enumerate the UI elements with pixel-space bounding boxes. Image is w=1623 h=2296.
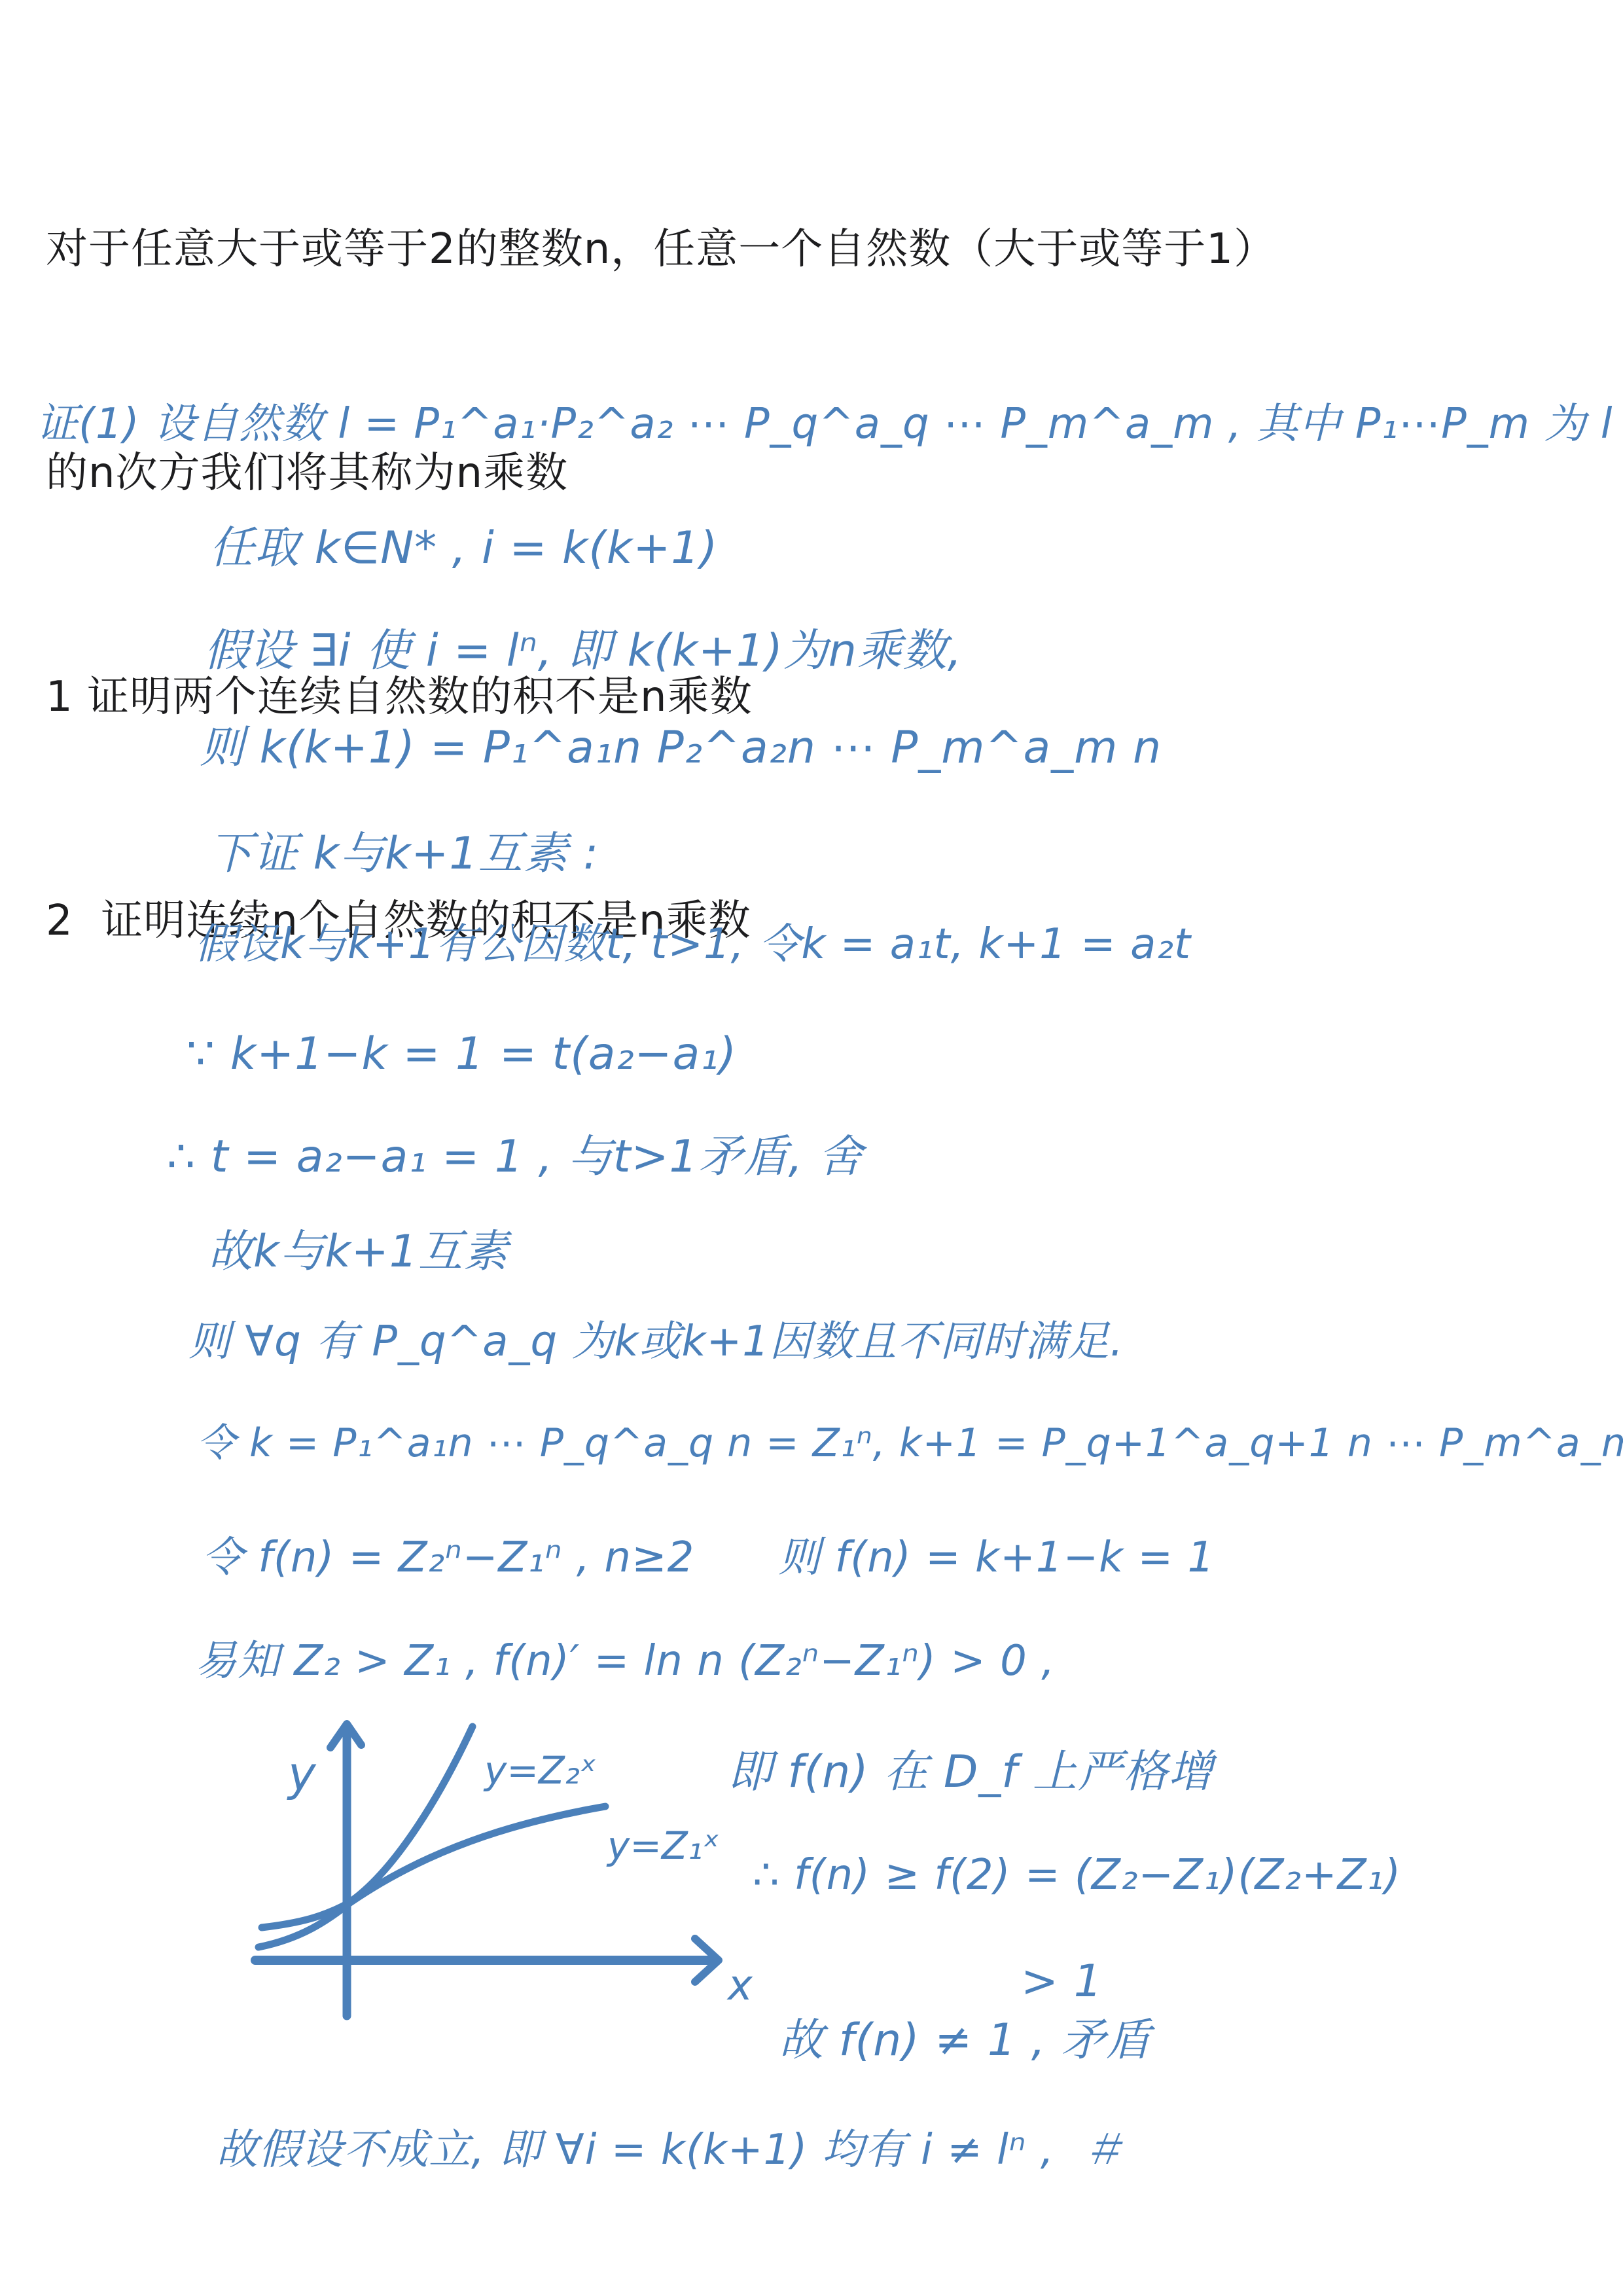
proof-line-common-factor: 假设k与k+1有公因数t, t>1, 令k = a₁t, k+1 = a₂t (195, 918, 1191, 971)
x-axis-label: x (726, 1962, 753, 2010)
proof-line-therefore-t: ∴ t = a₂−a₁ = 1 , 与t>1矛盾, 舍 (167, 1129, 863, 1185)
proof-line-take-k: 任取 k∈N* , i = k(k+1) (209, 520, 718, 576)
proof-line-coprime-done: 故k与k+1互素 (208, 1224, 508, 1280)
proof-line-define-f: 令 f(n) = Z₂ⁿ−Z₁ⁿ , n≥2 则 f(n) = k+1−k = … (202, 1532, 1215, 1584)
annotation-monotonic: 即 f(n) 在 D_f 上严格增 (728, 1744, 1213, 1800)
proof-line-coprime-claim: 下证 k与k+1互素 : (208, 826, 599, 882)
statement-line-1: 对于任意大于或等于2的整数n，任意一个自然数（大于或等于1） (46, 212, 1276, 287)
sketch-canvas: y x y=Z₂ˣ y=Z₁ˣ (196, 1702, 759, 2029)
proof-line-derivative: 易知 Z₂ > Z₁ , f(n)′ = ln n (Z₂ⁿ−Z₁ⁿ) > 0 … (195, 1635, 1056, 1687)
annotation-ge-f2: ∴ f(n) ≥ f(2) = (Z₂−Z₁)(Z₂+Z₁) (753, 1849, 1401, 1901)
proof-line-define-z: 令 k = P₁^a₁n ⋯ P_q^a_q n = Z₁ⁿ, k+1 = P_… (196, 1419, 1623, 1468)
proof-line-factorization: 则 k(k+1) = P₁^a₁n P₂^a₂n ⋯ P_m^a_m n (200, 720, 1162, 776)
annotation-contradiction: 故 f(n) ≠ 1 , 矛盾 (779, 2013, 1151, 2068)
proof-line-setup: 证(1) 设自然数 l = P₁^a₁·P₂^a₂ ⋯ P_q^a_q ⋯ P_… (36, 398, 1623, 450)
proof-conclusion: 故假设不成立, 即 ∀i = k(k+1) 均有 i ≠ lⁿ , ＃ (216, 2124, 1125, 2176)
curve-z1-label: y=Z₁ˣ (606, 1823, 720, 1868)
proof-line-assume-power: 假设 ∃i 使 i = lⁿ, 即 k(k+1)为n乘数, (204, 623, 962, 679)
proof-line-because: ∵ k+1−k = 1 = t(a₂−a₁) (187, 1026, 737, 1082)
exponential-curves-sketch: y x y=Z₂ˣ y=Z₁ˣ (196, 1702, 759, 2032)
curve-z1 (259, 1806, 605, 1947)
annotation-gt-one: > 1 (1021, 1954, 1103, 2009)
curve-z2-label: y=Z₂ˣ (483, 1748, 597, 1793)
handwritten-math-proof-page: 对于任意大于或等于2的整数n，任意一个自然数（大于或等于1） 的n次方我们将其称… (0, 0, 1623, 2296)
y-axis-label: y (287, 1746, 317, 1801)
proof-line-forall-q: 则 ∀q 有 P_q^a_q 为k或k+1因数且不同时满足. (188, 1316, 1124, 1368)
